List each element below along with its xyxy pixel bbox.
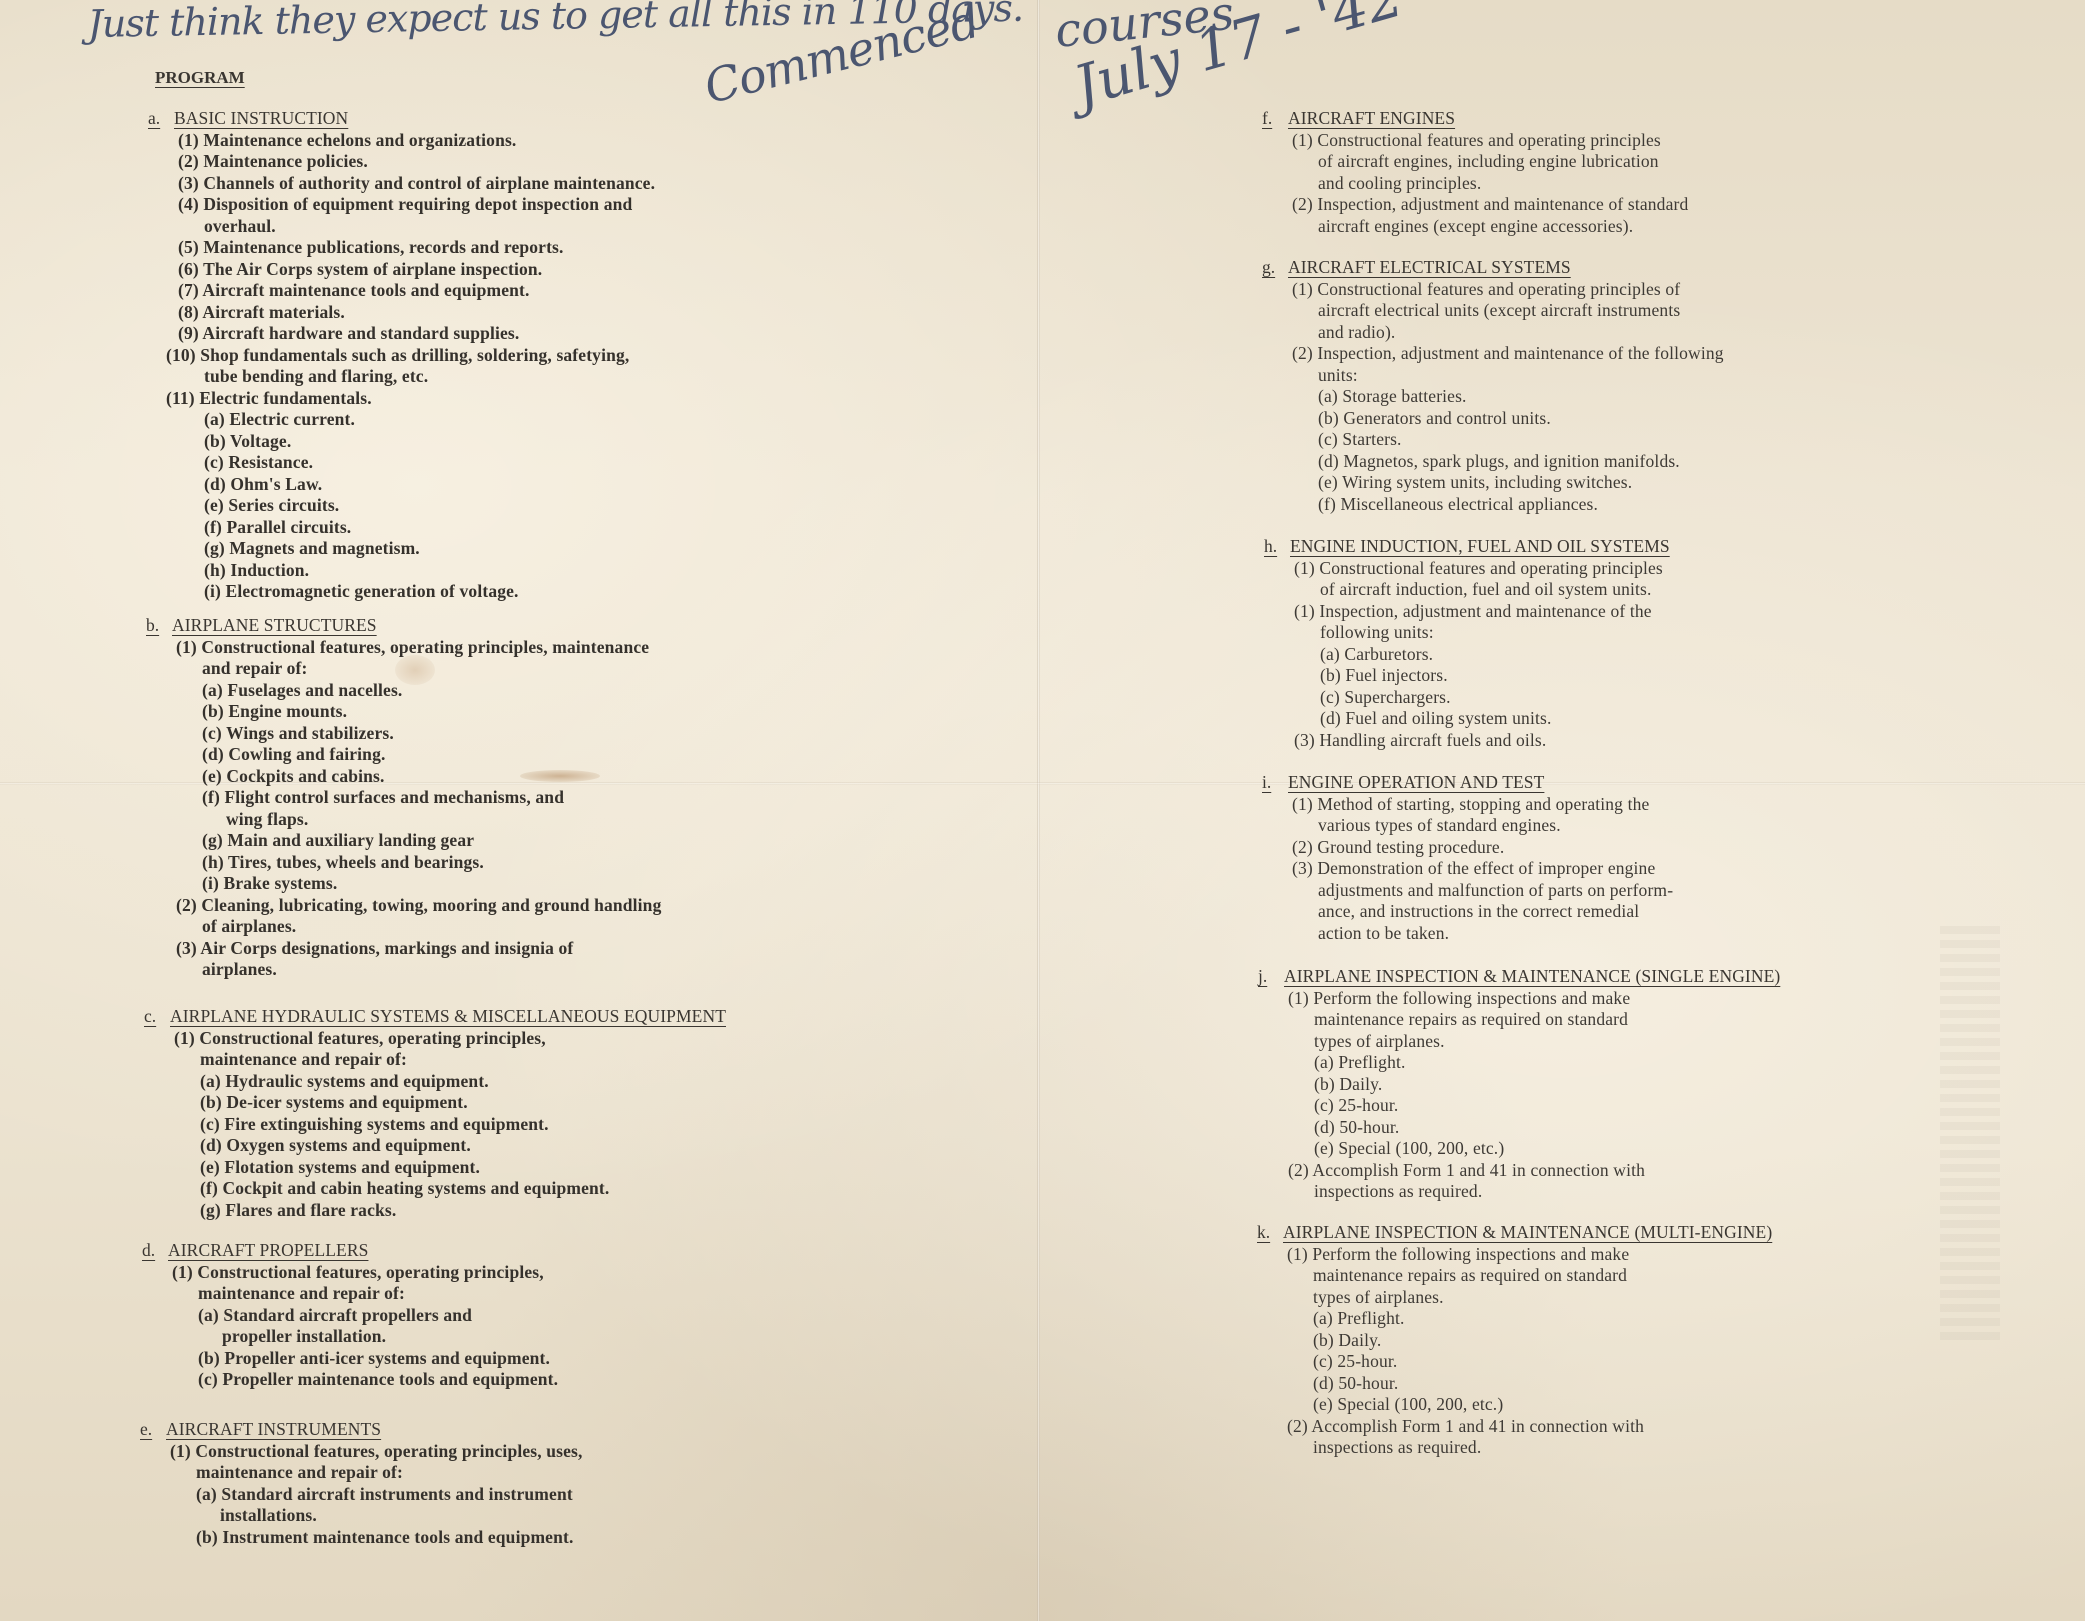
outline-item: (c) Resistance. xyxy=(148,452,1028,474)
outline-item: (4) Disposition of equipment requiring d… xyxy=(148,194,1028,216)
outline-item: (1) Constructional features, operating p… xyxy=(142,1262,558,1284)
outline-item: (d) Oxygen systems and equipment. xyxy=(144,1135,726,1157)
outline-item: and repair of: xyxy=(146,658,661,680)
outline-item: (3) Channels of authority and control of… xyxy=(148,173,1028,195)
outline-item: (c) 25-hour. xyxy=(1258,1095,1780,1117)
outline-item: inspections as required. xyxy=(1258,1181,1780,1203)
outline-item: tube bending and flaring, etc. xyxy=(148,366,1028,388)
outline-item: action to be taken. xyxy=(1262,923,1673,945)
outline-item: (e) Wiring system units, including switc… xyxy=(1262,472,1724,494)
section-title: AIRCRAFT ELECTRICAL SYSTEMS xyxy=(1288,257,1571,277)
outline-item: (2) Inspection, adjustment and maintenan… xyxy=(1262,194,1688,216)
outline-item: (b) Instrument maintenance tools and equ… xyxy=(140,1527,583,1549)
outline-item: (1) Perform the following inspections an… xyxy=(1258,988,1780,1010)
section-letter: j. xyxy=(1258,966,1284,988)
section-j: j.AIRPLANE INSPECTION & MAINTENANCE (SIN… xyxy=(1258,966,1780,1203)
outline-item: (1) Constructional features and operatin… xyxy=(1262,130,1688,152)
outline-item: (2) Accomplish Form 1 and 41 in connecti… xyxy=(1258,1160,1780,1182)
outline-item: (c) Fire extinguishing systems and equip… xyxy=(144,1114,726,1136)
section-heading: e.AIRCRAFT INSTRUMENTS xyxy=(140,1419,583,1441)
outline-item: (c) 25-hour. xyxy=(1257,1351,1772,1373)
outline-item: maintenance and repair of: xyxy=(140,1462,583,1484)
outline-item: wing flaps. xyxy=(146,809,661,831)
outline-item: various types of standard engines. xyxy=(1262,815,1673,837)
outline-item: (b) De-icer systems and equipment. xyxy=(144,1092,726,1114)
page-title: PROGRAM xyxy=(155,68,245,88)
section-e: e.AIRCRAFT INSTRUMENTS(1) Constructional… xyxy=(140,1419,583,1548)
section-c: c.AIRPLANE HYDRAULIC SYSTEMS & MISCELLAN… xyxy=(144,1006,726,1221)
section-heading: k.AIRPLANE INSPECTION & MAINTENANCE (MUL… xyxy=(1257,1222,1772,1244)
outline-item: (h) Tires, tubes, wheels and bearings. xyxy=(146,852,661,874)
section-heading: h.ENGINE INDUCTION, FUEL AND OIL SYSTEMS xyxy=(1264,536,1670,558)
outline-item: (b) Fuel injectors. xyxy=(1264,665,1670,687)
section-a: a.BASIC INSTRUCTION(1) Maintenance echel… xyxy=(148,108,1028,603)
outline-item: following units: xyxy=(1264,622,1670,644)
outline-item: (a) Electric current. xyxy=(148,409,1028,431)
outline-item: (b) Daily. xyxy=(1257,1330,1772,1352)
section-h: h.ENGINE INDUCTION, FUEL AND OIL SYSTEMS… xyxy=(1264,536,1670,751)
outline-item: units: xyxy=(1262,365,1724,387)
section-f: f.AIRCRAFT ENGINES(1) Constructional fea… xyxy=(1262,108,1688,237)
outline-item: maintenance repairs as required on stand… xyxy=(1258,1009,1780,1031)
outline-item: (2) Inspection, adjustment and maintenan… xyxy=(1262,343,1724,365)
outline-item: (a) Preflight. xyxy=(1258,1052,1780,1074)
section-letter: e. xyxy=(140,1419,166,1441)
outline-item: maintenance and repair of: xyxy=(142,1283,558,1305)
outline-item: (1) Constructional features, operating p… xyxy=(144,1028,726,1050)
outline-item: (a) Storage batteries. xyxy=(1262,386,1724,408)
center-fold xyxy=(1037,0,1040,1621)
outline-item: inspections as required. xyxy=(1257,1437,1772,1459)
section-heading: d.AIRCRAFT PROPELLERS xyxy=(142,1240,558,1262)
outline-item: (b) Propeller anti-icer systems and equi… xyxy=(142,1348,558,1370)
outline-item: (b) Voltage. xyxy=(148,431,1028,453)
section-heading: g.AIRCRAFT ELECTRICAL SYSTEMS xyxy=(1262,257,1724,279)
section-title: AIRPLANE HYDRAULIC SYSTEMS & MISCELLANEO… xyxy=(170,1006,726,1026)
outline-item: (2) Accomplish Form 1 and 41 in connecti… xyxy=(1257,1416,1772,1438)
section-i: i.ENGINE OPERATION AND TEST(1) Method of… xyxy=(1262,772,1673,944)
section-letter: g. xyxy=(1262,257,1288,279)
outline-item: (b) Engine mounts. xyxy=(146,701,661,723)
outline-item: (c) Superchargers. xyxy=(1264,687,1670,709)
outline-item: (c) Propeller maintenance tools and equi… xyxy=(142,1369,558,1391)
outline-item: types of airplanes. xyxy=(1257,1287,1772,1309)
outline-item: (b) Daily. xyxy=(1258,1074,1780,1096)
outline-item: adjustments and malfunction of parts on … xyxy=(1262,880,1673,902)
outline-item: (8) Aircraft materials. xyxy=(148,302,1028,324)
left-column: a.BASIC INSTRUCTION(1) Maintenance echel… xyxy=(148,108,1028,603)
outline-item: (3) Air Corps designations, markings and… xyxy=(146,938,661,960)
outline-item: (1) Perform the following inspections an… xyxy=(1257,1244,1772,1266)
section-d: d.AIRCRAFT PROPELLERS(1) Constructional … xyxy=(142,1240,558,1391)
outline-item: (a) Carburetors. xyxy=(1264,644,1670,666)
section-title: AIRCRAFT ENGINES xyxy=(1288,108,1455,128)
section-letter: b. xyxy=(146,615,172,637)
outline-item: (d) 50-hour. xyxy=(1257,1373,1772,1395)
outline-item: (d) Ohm's Law. xyxy=(148,474,1028,496)
section-heading: b.AIRPLANE STRUCTURES xyxy=(146,615,661,637)
section-title: ENGINE INDUCTION, FUEL AND OIL SYSTEMS xyxy=(1290,536,1670,556)
section-g: g.AIRCRAFT ELECTRICAL SYSTEMS(1) Constru… xyxy=(1262,257,1724,515)
outline-item: types of airplanes. xyxy=(1258,1031,1780,1053)
outline-item: maintenance repairs as required on stand… xyxy=(1257,1265,1772,1287)
section-k: k.AIRPLANE INSPECTION & MAINTENANCE (MUL… xyxy=(1257,1222,1772,1459)
outline-item: (1) Constructional features and operatin… xyxy=(1264,558,1670,580)
outline-item: (f) Parallel circuits. xyxy=(148,517,1028,539)
outline-item: (b) Generators and control units. xyxy=(1262,408,1724,430)
section-title: AIRPLANE STRUCTURES xyxy=(172,615,377,635)
outline-item: (a) Preflight. xyxy=(1257,1308,1772,1330)
outline-item: (1) Constructional features and operatin… xyxy=(1262,279,1724,301)
outline-item: (a) Standard aircraft propellers and xyxy=(142,1305,558,1327)
section-heading: j.AIRPLANE INSPECTION & MAINTENANCE (SIN… xyxy=(1258,966,1780,988)
section-title: AIRCRAFT INSTRUMENTS xyxy=(166,1419,381,1439)
outline-item: (a) Hydraulic systems and equipment. xyxy=(144,1071,726,1093)
outline-item: (c) Starters. xyxy=(1262,429,1724,451)
section-heading: f.AIRCRAFT ENGINES xyxy=(1262,108,1688,130)
section-letter: i. xyxy=(1262,772,1288,794)
outline-item: (10) Shop fundamentals such as drilling,… xyxy=(136,345,1028,367)
outline-item: of airplanes. xyxy=(146,916,661,938)
outline-item: of aircraft induction, fuel and oil syst… xyxy=(1264,579,1670,601)
section-title: AIRCRAFT PROPELLERS xyxy=(168,1240,368,1260)
outline-item: (a) Fuselages and nacelles. xyxy=(146,680,661,702)
section-letter: f. xyxy=(1262,108,1288,130)
outline-item: (e) Flotation systems and equipment. xyxy=(144,1157,726,1179)
section-title: ENGINE OPERATION AND TEST xyxy=(1288,772,1544,792)
outline-item: (f) Miscellaneous electrical appliances. xyxy=(1262,494,1724,516)
outline-item: (1) Constructional features, operating p… xyxy=(146,637,661,659)
section-letter: c. xyxy=(144,1006,170,1028)
outline-item: aircraft engines (except engine accessor… xyxy=(1262,216,1688,238)
outline-item: (3) Handling aircraft fuels and oils. xyxy=(1264,730,1670,752)
outline-item: (i) Brake systems. xyxy=(146,873,661,895)
outline-item: (h) Induction. xyxy=(148,560,1028,582)
outline-item: (e) Cockpits and cabins. xyxy=(146,766,661,788)
outline-item: (e) Special (100, 200, etc.) xyxy=(1257,1394,1772,1416)
section-heading: i.ENGINE OPERATION AND TEST xyxy=(1262,772,1673,794)
outline-item: (g) Magnets and magnetism. xyxy=(148,538,1028,560)
outline-item: (5) Maintenance publications, records an… xyxy=(148,237,1028,259)
section-letter: h. xyxy=(1264,536,1290,558)
outline-item: (3) Demonstration of the effect of impro… xyxy=(1262,858,1673,880)
outline-item: (2) Cleaning, lubricating, towing, moori… xyxy=(146,895,661,917)
section-letter: a. xyxy=(148,108,174,130)
outline-item: (1) Constructional features, operating p… xyxy=(140,1441,583,1463)
outline-item: airplanes. xyxy=(146,959,661,981)
outline-item: (i) Electromagnetic generation of voltag… xyxy=(148,581,1028,603)
outline-item: overhaul. xyxy=(148,216,1028,238)
outline-item: propeller installation. xyxy=(142,1326,558,1348)
outline-item: and radio). xyxy=(1262,322,1724,344)
outline-item: (c) Wings and stabilizers. xyxy=(146,723,661,745)
outline-item: (f) Flight control surfaces and mechanis… xyxy=(146,787,661,809)
outline-item: (2) Maintenance policies. xyxy=(148,151,1028,173)
outline-item: (1) Maintenance echelons and organizatio… xyxy=(148,130,1028,152)
show-through-text xyxy=(1940,920,2000,1340)
outline-item: (d) Fuel and oiling system units. xyxy=(1264,708,1670,730)
outline-item: (d) 50-hour. xyxy=(1258,1117,1780,1139)
outline-item: aircraft electrical units (except aircra… xyxy=(1262,300,1724,322)
outline-item: (f) Cockpit and cabin heating systems an… xyxy=(144,1178,726,1200)
outline-item: (e) Special (100, 200, etc.) xyxy=(1258,1138,1780,1160)
outline-item: and cooling principles. xyxy=(1262,173,1688,195)
outline-item: (11) Electric fundamentals. xyxy=(136,388,1028,410)
outline-item: (6) The Air Corps system of airplane ins… xyxy=(148,259,1028,281)
section-b: b.AIRPLANE STRUCTURES(1) Constructional … xyxy=(146,615,661,981)
outline-item: (1) Method of starting, stopping and ope… xyxy=(1262,794,1673,816)
outline-item: (e) Series circuits. xyxy=(148,495,1028,517)
outline-item: (2) Ground testing procedure. xyxy=(1262,837,1673,859)
outline-item: (7) Aircraft maintenance tools and equip… xyxy=(148,280,1028,302)
outline-item: (g) Main and auxiliary landing gear xyxy=(146,830,661,852)
section-letter: k. xyxy=(1257,1222,1283,1244)
section-title: AIRPLANE INSPECTION & MAINTENANCE (MULTI… xyxy=(1283,1222,1772,1242)
outline-item: ance, and instructions in the correct re… xyxy=(1262,901,1673,923)
outline-item: (a) Standard aircraft instruments and in… xyxy=(140,1484,583,1506)
section-title: AIRPLANE INSPECTION & MAINTENANCE (SINGL… xyxy=(1284,966,1780,986)
section-heading: a.BASIC INSTRUCTION xyxy=(148,108,1028,130)
outline-item: (d) Magnetos, spark plugs, and ignition … xyxy=(1262,451,1724,473)
outline-item: of aircraft engines, including engine lu… xyxy=(1262,151,1688,173)
outline-item: (1) Inspection, adjustment and maintenan… xyxy=(1264,601,1670,623)
outline-item: installations. xyxy=(140,1505,583,1527)
outline-item: (9) Aircraft hardware and standard suppl… xyxy=(148,323,1028,345)
section-heading: c.AIRPLANE HYDRAULIC SYSTEMS & MISCELLAN… xyxy=(144,1006,726,1028)
outline-item: (g) Flares and flare racks. xyxy=(144,1200,726,1222)
section-letter: d. xyxy=(142,1240,168,1262)
outline-item: maintenance and repair of: xyxy=(144,1049,726,1071)
outline-item: (d) Cowling and fairing. xyxy=(146,744,661,766)
section-title: BASIC INSTRUCTION xyxy=(174,108,348,128)
